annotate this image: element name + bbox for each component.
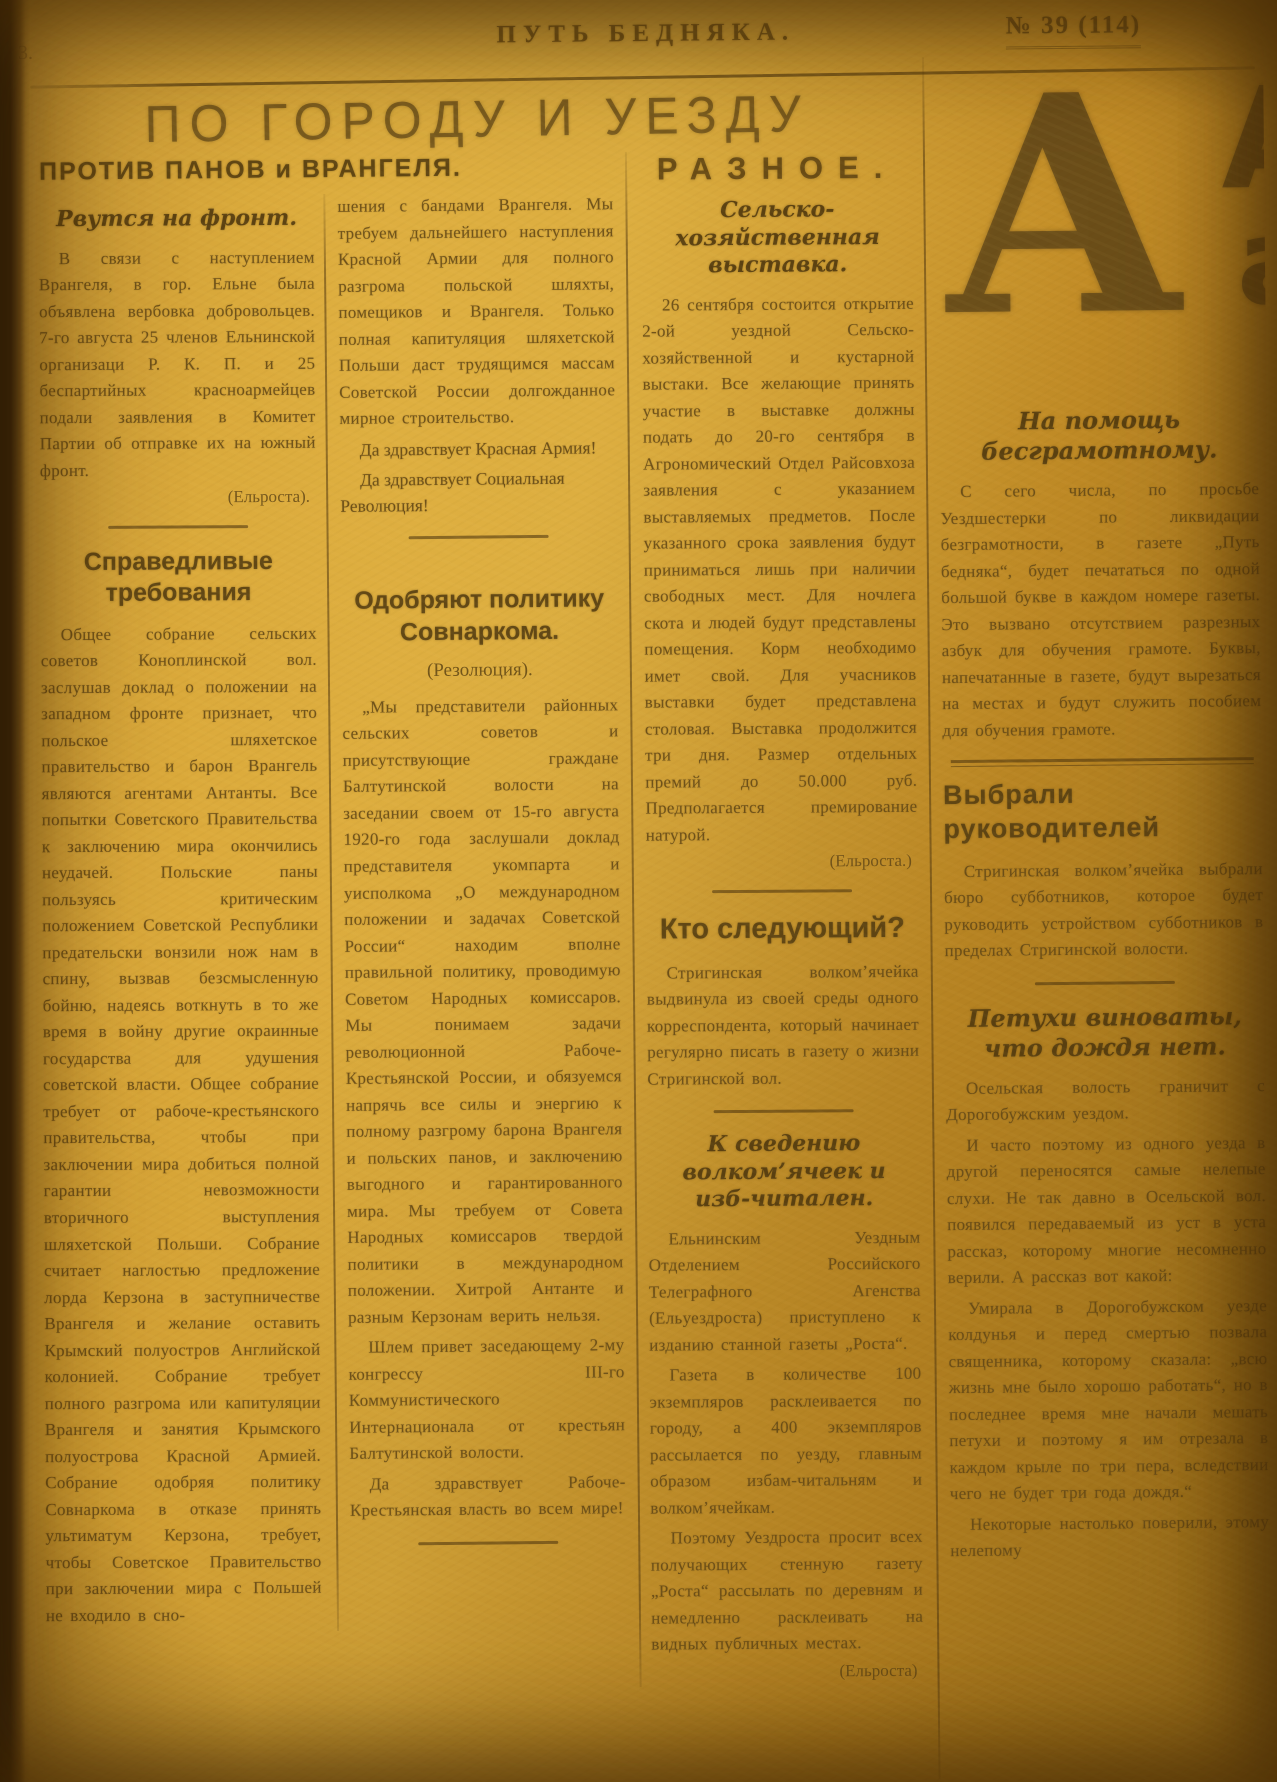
article-paragraph: Шлем привет заседающему 2-му конгрессу I…	[348, 1332, 625, 1467]
article-divider	[714, 1109, 854, 1113]
column-1: Рвутся на фронт. В связи с наступлением …	[30, 195, 330, 1634]
article-body: „Мы представители районных сельских сове…	[342, 692, 624, 1331]
article-paragraph: Поэтому Уездроста просит всех получающих…	[651, 1524, 924, 1658]
newspaper-sheet: 3. ПУТЬ БЕДНЯКА. № 39 (114) ПО ГОРОДУ И …	[5, 0, 1277, 1782]
article-signature: (Ельроста)	[651, 1661, 923, 1683]
article-body: 26 сентября состоится открытие 2-ой уезд…	[642, 290, 918, 849]
article-body: Стригинская волком’ячейка выбрали бюро с…	[944, 856, 1264, 965]
column-3: РАЗНОЕ. Сельско-хозяйственная выставка. …	[633, 150, 932, 1687]
article-divider	[108, 525, 248, 529]
article-title-rvutsya-na-front: Рвутся на фронт.	[42, 205, 310, 234]
article-body: В связи с наступлением Врангеля, в гор. …	[39, 244, 316, 484]
lead-headline: ПРОТИВ ПАНОВ и ВРАНГЕЛЯ.	[39, 152, 621, 187]
article-divider	[418, 1541, 558, 1545]
newspaper-page-photo: 3. ПУТЬ БЕДНЯКА. № 39 (114) ПО ГОРОДУ И …	[0, 0, 1277, 1782]
letter-medium-a: А	[1221, 80, 1277, 199]
article-continuation: шения с бандами Врангеля. Мы требуем дал…	[337, 191, 615, 432]
article-subtitle: (Резолюция).	[342, 658, 618, 683]
article-title-k-svedeniyu: К сведению волком’ячеек и изб-читален.	[652, 1130, 917, 1214]
article-paragraph: Умирала в Дорогобужском уезде колдунья и…	[948, 1293, 1269, 1508]
slogan: Да здравствует Социальная Революция!	[340, 464, 616, 519]
article-paragraph: Осельская волость граничит с Дорогобужск…	[946, 1073, 1265, 1129]
article-paragraph: Газета в количестве 100 экземпляров раск…	[649, 1361, 922, 1522]
article-divider	[1034, 981, 1174, 985]
section-heading-raznoe: РАЗНОЕ.	[641, 150, 913, 188]
left-region: ПО ГОРОДУ И УЕЗДУ ПРОТИВ ПАНОВ и ВРАНГЕЛ…	[26, 83, 934, 1782]
article-title-vystavka: Сельско-хозяйственная выставка.	[645, 196, 910, 280]
columns-1-2-group: ПРОТИВ ПАНОВ и ВРАНГЕЛЯ. Рвутся на фронт…	[27, 152, 636, 1693]
letter-big-a: А	[940, 80, 1187, 345]
article-paragraph: Да здравствует Рабоче-Крестьянская власт…	[350, 1469, 626, 1525]
article-title-kto-sleduyushchiy: Кто следующий?	[646, 910, 918, 948]
article-paragraph: Ельнинским Уездным Отделением Российског…	[648, 1224, 921, 1358]
alphabet-letters: А А а	[940, 80, 1258, 373]
article-divider	[409, 535, 549, 539]
letter-small-a: а	[1236, 209, 1277, 316]
column-2: шения с бандами Врангеля. Мы требуем дал…	[329, 191, 635, 1631]
article-title-vybrali-rukovoditeley: Выбрали руководителей	[943, 776, 1263, 847]
book-spine-shadow	[0, 0, 30, 1782]
article-body: С сего числа, по просьбе Уездшестерки по…	[940, 476, 1262, 744]
article-title-na-pomoshch: На помощь бесграмотному.	[943, 404, 1255, 467]
article-divider-double	[951, 757, 1254, 767]
masthead-title: ПУТЬ БЕДНЯКА.	[426, 18, 866, 50]
article-signature: (Ельроста.)	[646, 851, 918, 873]
article-title-spravedlivye-trebovaniya: Справедливые требования	[40, 546, 316, 610]
page-body: ПО ГОРОДУ И УЕЗДУ ПРОТИВ ПАНОВ и ВРАНГЕЛ…	[26, 80, 1277, 1782]
article-title-petukhi-vinovaty: Петухи виноваты, что дождя нет.	[949, 1001, 1261, 1064]
article-body: Общее собрание сельских советов Коноплин…	[41, 620, 322, 1629]
article-body: Стригинская волком’ячейка выдвинула из с…	[647, 958, 920, 1092]
letter-pair: А а	[1221, 80, 1277, 316]
article-paragraph: И часто поэтому из одного уезда в другой…	[946, 1130, 1267, 1292]
article-divider	[712, 890, 852, 894]
article-title-odobryayut-politiku: Одобряют политику Совнаркома.	[341, 584, 618, 649]
article-paragraph: Некоторые настолько поверили, этому неле…	[950, 1509, 1269, 1565]
issue-number: № 39 (114)	[1006, 11, 1142, 49]
slogan: Да здравствует Красная Армия!	[340, 434, 616, 463]
article-signature: (Ельроста).	[40, 487, 316, 508]
section-title: ПО ГОРОДУ И УЕЗДУ	[144, 81, 919, 154]
column-4: А А а На помощь бесграмотному. С сего чи…	[928, 80, 1277, 1779]
